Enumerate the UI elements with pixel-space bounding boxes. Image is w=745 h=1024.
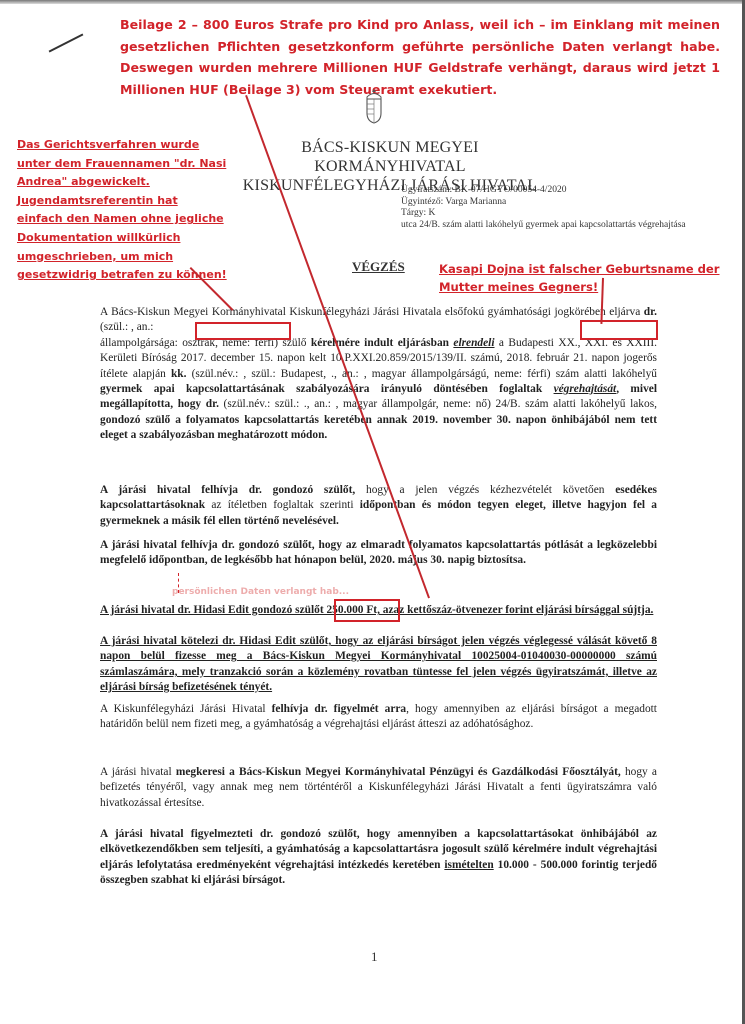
paragraph-3: A járási hivatal felhívja dr. gondozó sz…: [100, 538, 657, 569]
subject: Tárgy: K: [401, 208, 701, 220]
document-title: VÉGZÉS: [352, 259, 405, 275]
annotation-left: Das Gerichtsverfahren wurde unter dem Fr…: [17, 136, 227, 285]
header-line-1: BÁCS-KISKUN MEGYEI KORMÁNYHIVATAL: [240, 138, 540, 176]
case-number: Ügyiratszám: BK-07/HGYO/00054-4/2020: [401, 185, 701, 197]
redaction-box-mother: [580, 320, 658, 340]
paragraph-2: A járási hivatal felhívja dr. gondozó sz…: [100, 483, 657, 529]
subject-continuation: utca 24/B. szám alatti lakóhelyű gyermek…: [401, 220, 701, 232]
page-number: 1: [371, 949, 378, 965]
annotation-top: Beilage 2 – 800 Euros Strafe pro Kind pr…: [120, 14, 720, 100]
annotation-faint: persönlichen Daten verlangt hab...: [172, 587, 349, 597]
paragraph-1: A Bács-Kiskun Megyei Kormányhivatal Kisk…: [100, 305, 657, 444]
paragraph-8: A járási hivatal figyelmezteti dr. gondo…: [100, 827, 657, 889]
paragraph-6: A Kiskunfélegyházi Járási Hivatal felhív…: [100, 702, 657, 733]
scan-top-edge: [0, 0, 745, 4]
redaction-box-name: [195, 322, 291, 340]
clerk: Ügyintéző: Varga Marianna: [401, 197, 701, 209]
case-metadata: Ügyiratszám: BK-07/HGYO/00054-4/2020 Ügy…: [401, 185, 701, 231]
paragraph-7: A járási hivatal megkeresi a Bács-Kiskun…: [100, 765, 657, 811]
annotation-right: Kasapi Dojna ist falscher Geburtsname de…: [439, 260, 739, 296]
paragraph-5-payment: A járási hivatal kötelezi dr. Hidasi Edi…: [100, 634, 657, 696]
highlight-box-fine: [334, 599, 400, 622]
coat-of-arms-icon: [362, 88, 386, 124]
pen-mark: [49, 33, 84, 52]
